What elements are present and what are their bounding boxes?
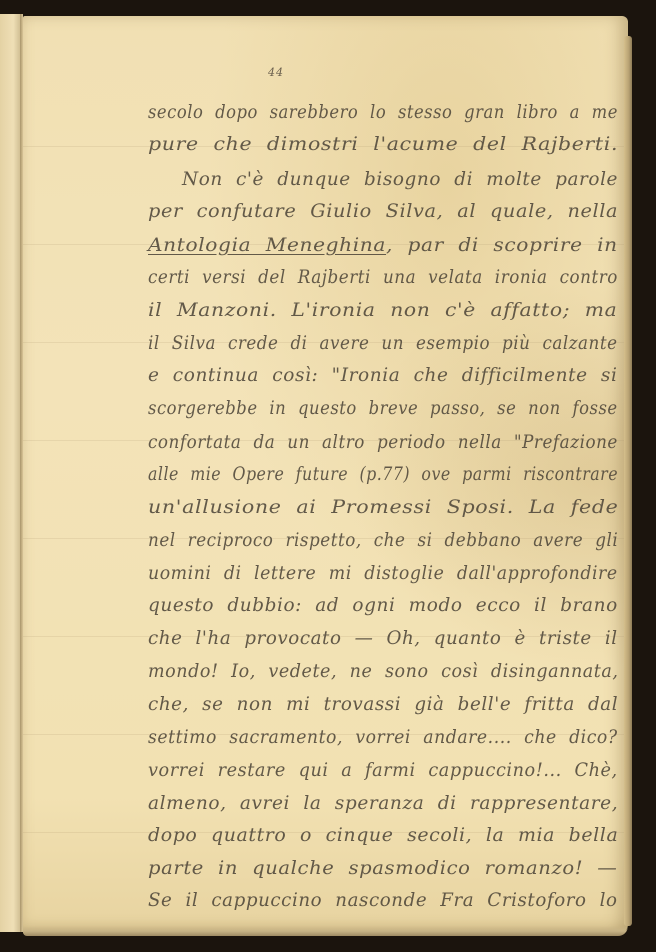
text-line: e continua così: "Ironia che difficilmen… xyxy=(148,364,618,386)
text-line-footnoted: il Manzoni. L'ironia non c'è affatto; ma xyxy=(148,299,617,321)
text-line: alle mie Opere future (p.77) ove parmi r… xyxy=(148,463,618,485)
text-line: parte in qualche spasmodico romanzo! — xyxy=(148,857,617,879)
manuscript-text: secolo dopo sarebbero lo stesso gran lib… xyxy=(0,0,656,952)
text-line: pure che dimostri l'acume del Rajberti. xyxy=(148,133,618,155)
manuscript-scan: 44 secolo dopo sarebbero lo stesso gran … xyxy=(0,0,656,952)
text-line: Non c'è dunque bisogno di molte parole xyxy=(182,168,618,190)
text-line: per confutare Giulio Silva, al quale, ne… xyxy=(148,200,618,222)
text-line: che l'ha provocato — Oh, quanto è triste… xyxy=(148,627,618,649)
text-line: un'allusione ai Promessi Sposi. La fede xyxy=(148,496,618,518)
text-line-rest: , par di scoprire in xyxy=(386,234,618,256)
text-line: scorgerebbe in questo breve passo, se no… xyxy=(148,397,618,419)
text-line: confortata da un altro periodo nella "Pr… xyxy=(148,431,618,453)
text-line: certi versi del Rajberti una velata iron… xyxy=(148,266,618,288)
text-line: settimo sacramento, vorrei andare.... ch… xyxy=(148,726,618,748)
text-line: vorrei restare qui a farmi cappuccino!..… xyxy=(148,759,618,781)
text-line: uomini di lettere mi distoglie dall'appr… xyxy=(148,562,618,584)
text-line: mondo! Io, vedete, ne sono così disingan… xyxy=(148,660,619,682)
text-line: che, se non mi trovassi già bell'e fritt… xyxy=(148,693,618,715)
text-line: questo dubbio: ad ogni modo ecco il bran… xyxy=(148,594,618,616)
text-line: dopo quattro o cinque secoli, la mia bel… xyxy=(148,824,618,846)
text-line: il Silva crede di avere un esempio più c… xyxy=(148,332,618,354)
text-line: secolo dopo sarebbero lo stesso gran lib… xyxy=(148,101,618,123)
underlined-title: Antologia Meneghina xyxy=(148,234,386,256)
text-line-main: il Manzoni. L'ironia non c'è affatto; ma xyxy=(148,299,617,321)
text-line: almeno, avrei la speranza di rappresenta… xyxy=(148,792,618,814)
text-line: Se il cappuccino nasconde Fra Cristoforo… xyxy=(148,889,618,911)
text-line: nel reciproco rispetto, che si debbano a… xyxy=(148,529,618,551)
text-line-underlined: Antologia Meneghina, par di scoprire in xyxy=(148,234,618,256)
